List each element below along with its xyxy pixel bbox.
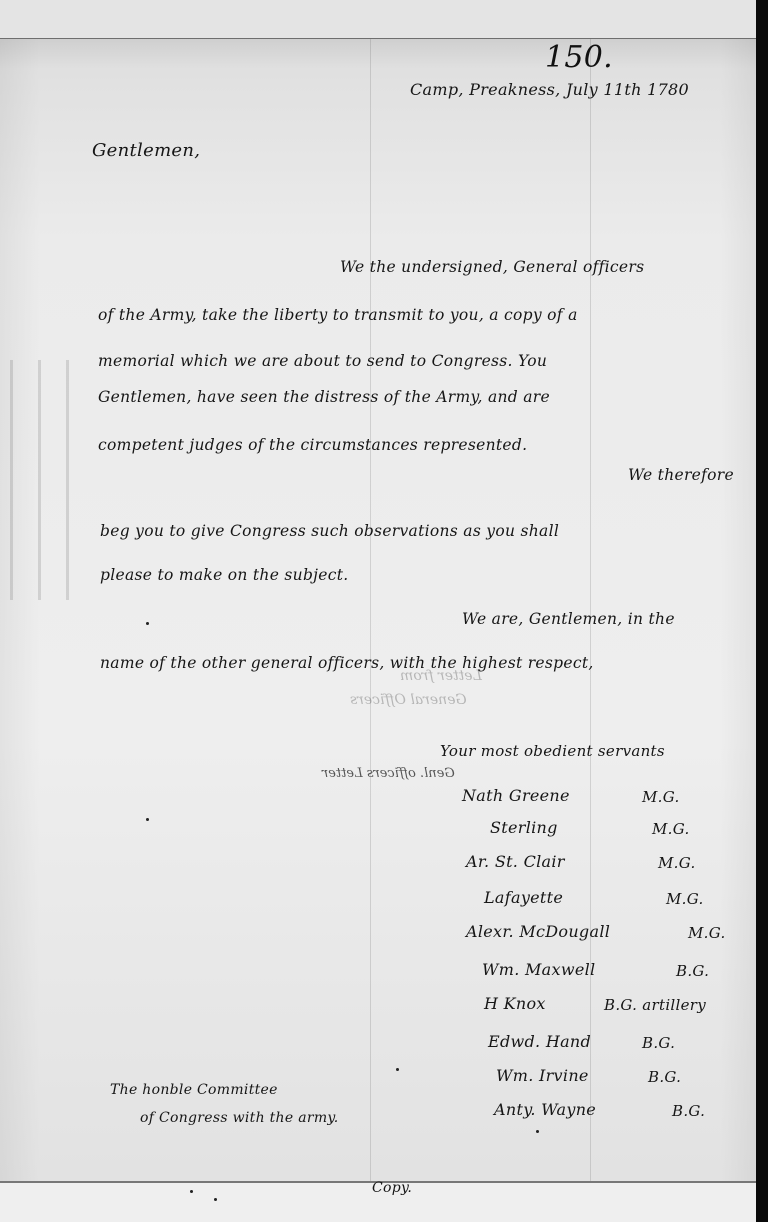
signature-name: Wm. Maxwell <box>482 960 595 979</box>
scan-right-edge <box>756 0 768 1222</box>
body-line: competent judges of the circumstances re… <box>98 436 527 454</box>
page-fold-line <box>370 39 371 1181</box>
body-line: name of the other general officers, with… <box>100 654 594 672</box>
addressee-line: of Congress with the army. <box>140 1110 339 1126</box>
body-line: We are, Gentlemen, in the <box>462 610 675 628</box>
signature-rank: M.G. <box>652 820 690 838</box>
body-line: of the Army, take the liberty to transmi… <box>98 306 578 324</box>
signature-name: Wm. Irvine <box>496 1066 589 1085</box>
bleed-through-text: General Officers <box>350 692 467 708</box>
body-line: Gentlemen, have seen the distress of the… <box>98 388 550 406</box>
body-line: We therefore <box>628 466 734 484</box>
signature-rank: B.G. <box>648 1068 681 1086</box>
ink-speck <box>396 1068 399 1071</box>
signature-rank: B.G. artillery <box>604 996 706 1014</box>
ink-speck <box>536 1130 539 1133</box>
ink-speck <box>214 1198 217 1201</box>
signature-name: H Knox <box>484 994 546 1013</box>
body-line: memorial which we are about to send to C… <box>98 352 547 370</box>
scan-top-margin <box>0 0 756 40</box>
closing: Your most obedient servants <box>440 742 665 760</box>
body-line: We the undersigned, General officers <box>340 258 644 276</box>
salutation: Gentlemen, <box>92 140 200 161</box>
body-line: beg you to give Congress such observatio… <box>100 522 559 540</box>
signature-rank: B.G. <box>642 1034 675 1052</box>
bleed-through-text: Genl. officers Letter <box>322 766 455 781</box>
signature-rank: M.G. <box>658 854 696 872</box>
bleed-through-text: Letter from <box>400 668 482 684</box>
signature-name: Nath Greene <box>462 786 570 805</box>
signature-rank: M.G. <box>688 924 726 942</box>
signature-name: Anty. Wayne <box>494 1100 596 1119</box>
dateline: Camp, Preakness, July 11th 1780 <box>410 80 689 99</box>
signature-rank: B.G. <box>672 1102 705 1120</box>
copy-mark: Copy. <box>372 1180 412 1196</box>
signature-name: Alexr. McDougall <box>466 922 610 941</box>
signature-rank: B.G. <box>676 962 709 980</box>
body-line: please to make on the subject. <box>100 566 349 584</box>
ink-speck <box>146 818 149 821</box>
ink-speck <box>190 1190 193 1193</box>
margin-bleed-through <box>0 360 80 600</box>
ink-speck <box>146 622 149 625</box>
signature-rank: M.G. <box>666 890 704 908</box>
signature-name: Lafayette <box>484 888 563 907</box>
signature-name: Sterling <box>490 818 558 837</box>
addressee-line: The honble Committee <box>110 1082 278 1098</box>
folio-number: 150. <box>545 40 613 75</box>
signature-name: Edwd. Hand <box>488 1032 591 1051</box>
signature-name: Ar. St. Clair <box>466 852 565 871</box>
signature-rank: M.G. <box>642 788 680 806</box>
